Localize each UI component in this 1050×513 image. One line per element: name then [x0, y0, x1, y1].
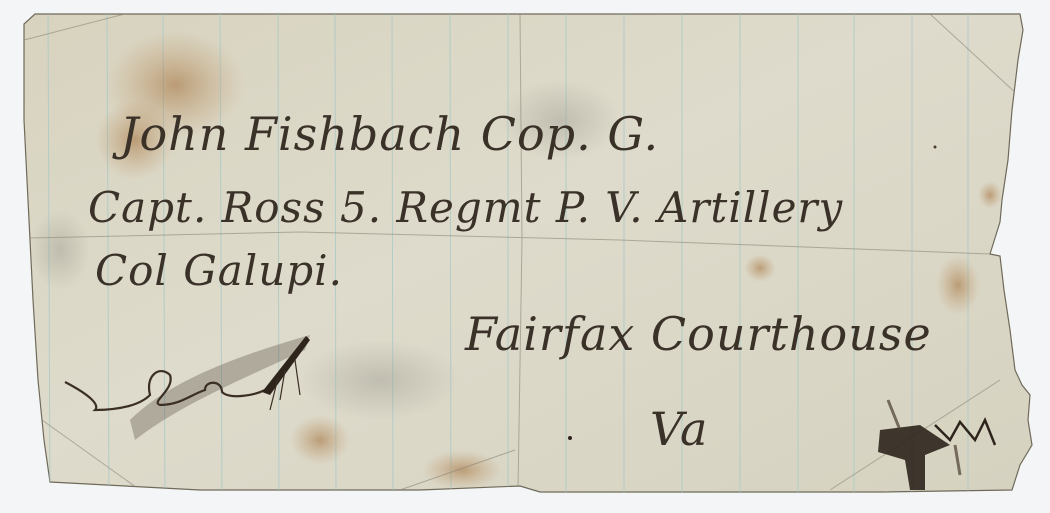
line-colonel: Col Galupi.	[95, 246, 343, 295]
line-unit: Capt. Ross 5. Regmt P. V. Artillery	[88, 183, 844, 232]
scanned-document: John Fishbach Cop. G. Capt. Ross 5. Regm…	[0, 0, 1050, 513]
line-name: John Fishbach Cop. G.	[112, 107, 659, 161]
line-location: Fairfax Courthouse	[464, 307, 932, 361]
line-state: Va	[650, 402, 708, 456]
